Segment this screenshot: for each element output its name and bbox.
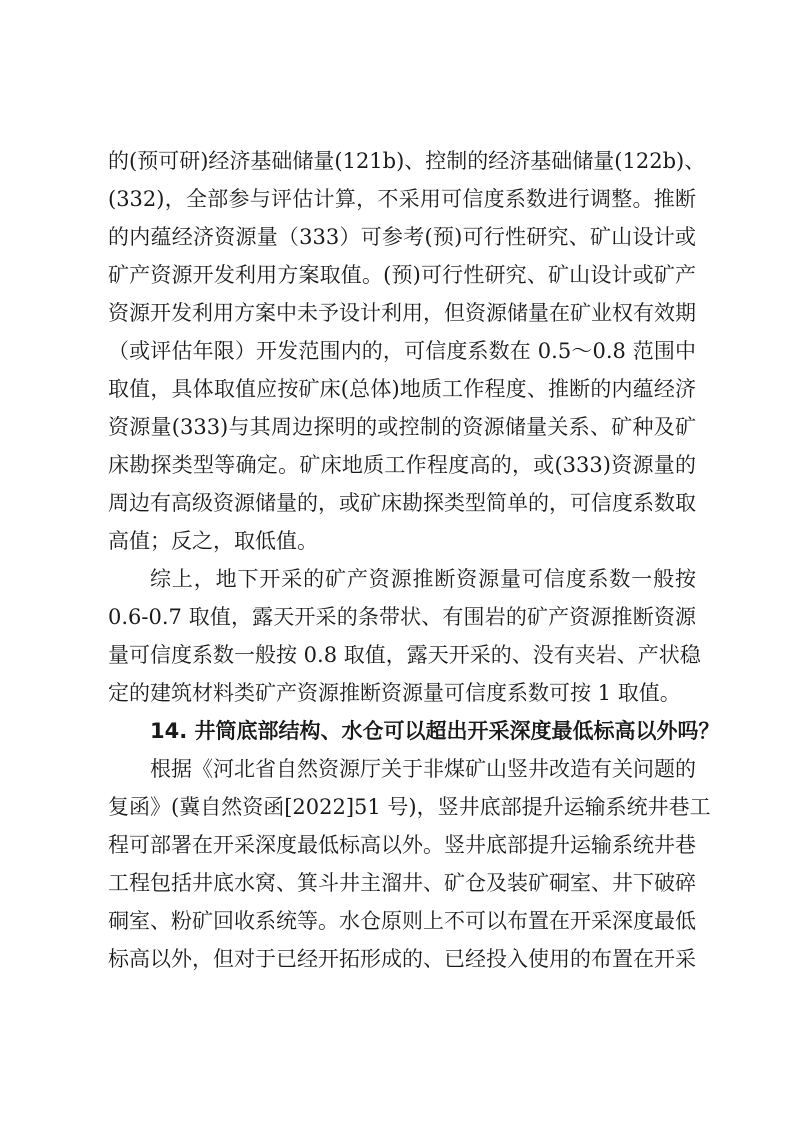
text-line: 量可信度系数一般按 0.8 取值，露天开采的、没有夹岩、产状稳 xyxy=(108,636,696,674)
text-line: (332)，全部参与评估计算，不采用可信度系数进行调整。推断 xyxy=(108,180,696,218)
paragraph-start-line: 综上，地下开采的矿产资源推断资源量可信度系数一般按 xyxy=(108,560,696,598)
text-line: 硐室、粉矿回收系统等。水仓原则上不可以布置在开采深度最低 xyxy=(108,902,696,940)
text-line: 的内蕴经济资源量（333）可参考(预)可行性研究、矿山设计或 xyxy=(108,218,696,256)
text-line: 取值，具体取值应按矿床(总体)地质工作程度、推断的内蕴经济 xyxy=(108,370,696,408)
text-line: 周边有高级资源储量的，或矿床勘探类型简单的，可信度系数取 xyxy=(108,484,696,522)
paragraph-start-line: 根据《河北省自然资源厅关于非煤矿山竖井改造有关问题的 xyxy=(108,750,696,788)
text-line: 高值；反之，取低值。 xyxy=(108,522,696,560)
text-line: 矿产资源开发利用方案取值。(预)可行性研究、矿山设计或矿产 xyxy=(108,256,696,294)
text-line: 资源量(333)与其周边探明的或控制的资源储量关系、矿种及矿 xyxy=(108,408,696,446)
text-line: 资源开发利用方案中未予设计利用，但资源储量在矿业权有效期 xyxy=(108,294,696,332)
section-heading: 14. 井筒底部结构、水仓可以超出开采深度最低标高以外吗？ xyxy=(108,712,696,750)
text-line: 工程包括井底水窝、箕斗井主溜井、矿仓及装矿硐室、井下破碎 xyxy=(108,864,696,902)
text-line: 0.6-0.7 取值，露天开采的条带状、有围岩的矿产资源推断资源 xyxy=(108,598,696,636)
text-line: （或评估年限）开发范围内的，可信度系数在 0.5～0.8 范围中 xyxy=(108,332,696,370)
text-line: 程可部署在开采深度最低标高以外。竖井底部提升运输系统井巷 xyxy=(108,826,696,864)
text-line: 定的建筑材料类矿产资源推断资源量可信度系数可按 1 取值。 xyxy=(108,674,696,712)
document-page: 的(预可研)经济基础储量(121b)、控制的经济基础储量(122b)、 (332… xyxy=(108,142,696,978)
text-line: 床勘探类型等确定。矿床地质工作程度高的，或(333)资源量的 xyxy=(108,446,696,484)
text-line: 复函》(冀自然资函[2022]51 号)，竖井底部提升运输系统井巷工 xyxy=(108,788,696,826)
text-line: 标高以外，但对于已经开拓形成的、已经投入使用的布置在开采 xyxy=(108,940,696,978)
text-line: 的(预可研)经济基础储量(121b)、控制的经济基础储量(122b)、 xyxy=(108,142,696,180)
